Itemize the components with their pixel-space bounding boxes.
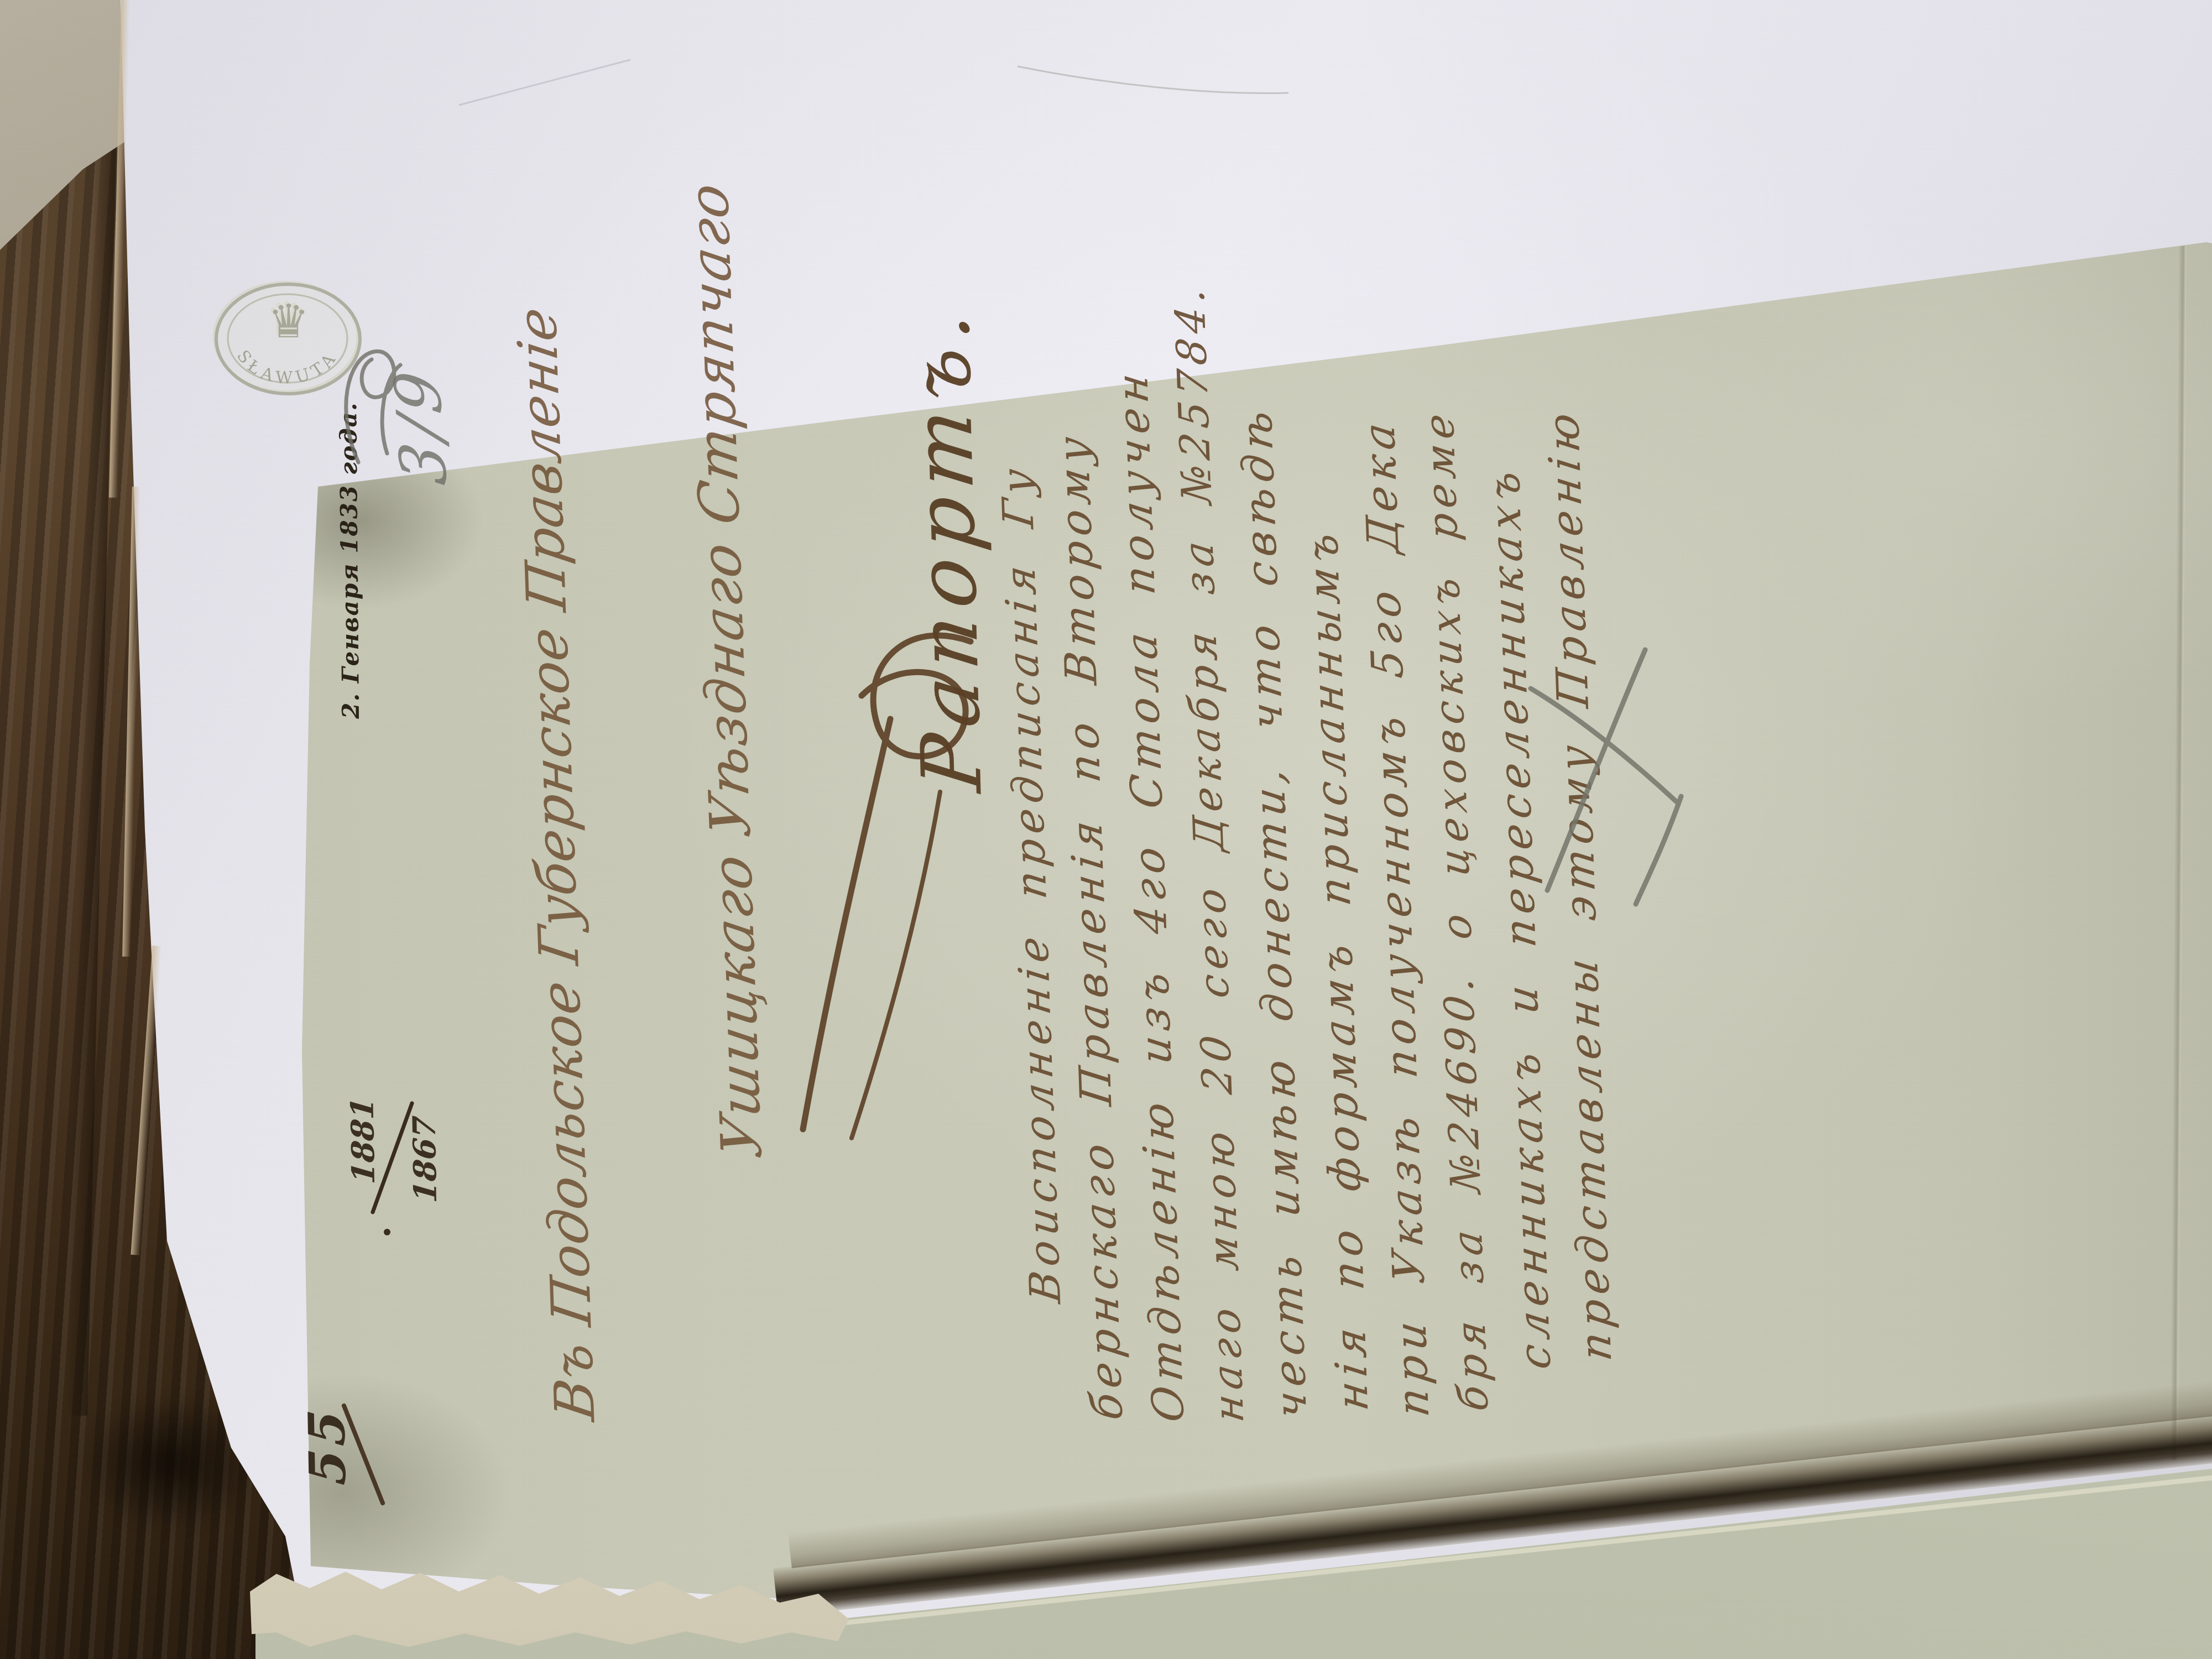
pencil-corner-mark: 3/9 — [382, 314, 456, 488]
photo-of-manuscript: 2. Генваря 1833 года. 1881 1867 55 3/9 В… — [0, 0, 2212, 1659]
registry-fraction-numerator: 1881 — [347, 1105, 380, 1185]
registry-fraction-denominator: 1867 — [409, 1121, 441, 1204]
date-note: 2. Генваря 1833 года. — [338, 498, 363, 719]
report-title: Рапортъ. — [902, 426, 994, 795]
folio-number: 55 — [301, 1377, 353, 1486]
